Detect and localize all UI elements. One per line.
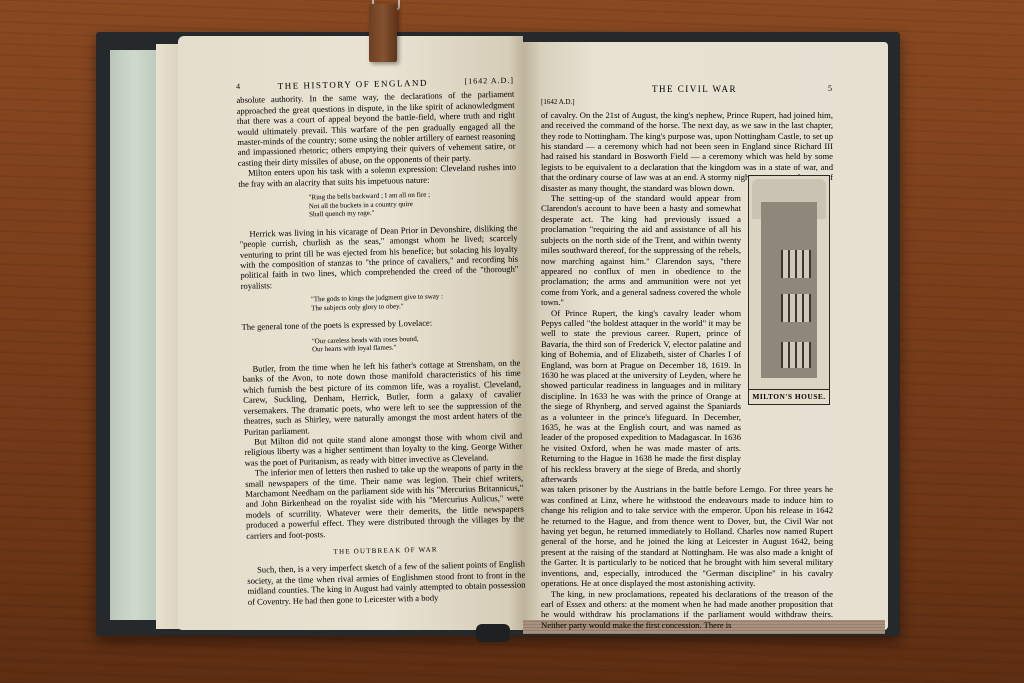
window-icon: [781, 250, 811, 278]
verse-quote-lovelace: "Our careless heads with roses bound, Ou…: [312, 333, 520, 355]
paragraph: The inferior men of letters then rushed …: [245, 462, 525, 541]
right-running-head: THE CIVIL WAR 5: [541, 84, 833, 94]
verse-quote-herrick: "The gods to kings the judgment give to …: [311, 291, 519, 313]
paragraph: Herrick was living in his vicarage of De…: [239, 222, 518, 291]
section-heading: THE OUTBREAK OF WAR: [247, 543, 525, 560]
paragraph: Butler, from the time when he left his f…: [242, 358, 522, 437]
text-beside-illustration: The setting-up of the standard would app…: [541, 193, 741, 484]
left-page-text: 4 THE HISTORY OF ENGLAND [1642 A.D.] abs…: [236, 76, 526, 607]
right-running-title: THE CIVIL WAR: [652, 84, 737, 94]
shopfront-icon: [781, 342, 811, 368]
paragraph: The setting-up of the standard would app…: [541, 193, 741, 307]
illustration-caption: MILTON'S HOUSE.: [749, 389, 829, 404]
window-icon: [781, 294, 811, 322]
paragraph: The king, in new proclamations, repeated…: [541, 589, 833, 631]
right-page-number: 5: [828, 84, 833, 94]
verse-quote-cleveland: "Ring the bells backward ; I am all on f…: [309, 189, 518, 219]
paragraph: The general tone of the poets is express…: [241, 316, 519, 333]
paragraph: absolute authority. In the same way, the…: [236, 89, 516, 168]
paragraph: Of Prince Rupert, the king's cavalry lea…: [541, 308, 741, 485]
spine-bottom: [476, 624, 510, 642]
left-page-number: 4: [236, 82, 241, 93]
miltons-house-illustration: MILTON'S HOUSE.: [748, 175, 830, 405]
paragraph: was taken prisoner by the Austrians in t…: [541, 484, 833, 588]
left-running-title: THE HISTORY OF ENGLAND: [278, 78, 428, 92]
right-date-tag: [1642 A.D.]: [541, 97, 833, 107]
clothespin: [369, 4, 397, 62]
left-date-tag: [1642 A.D.]: [464, 76, 514, 88]
house-drawing: [761, 202, 817, 378]
paragraph: Such, then, is a very imperfect sketch o…: [247, 559, 526, 607]
